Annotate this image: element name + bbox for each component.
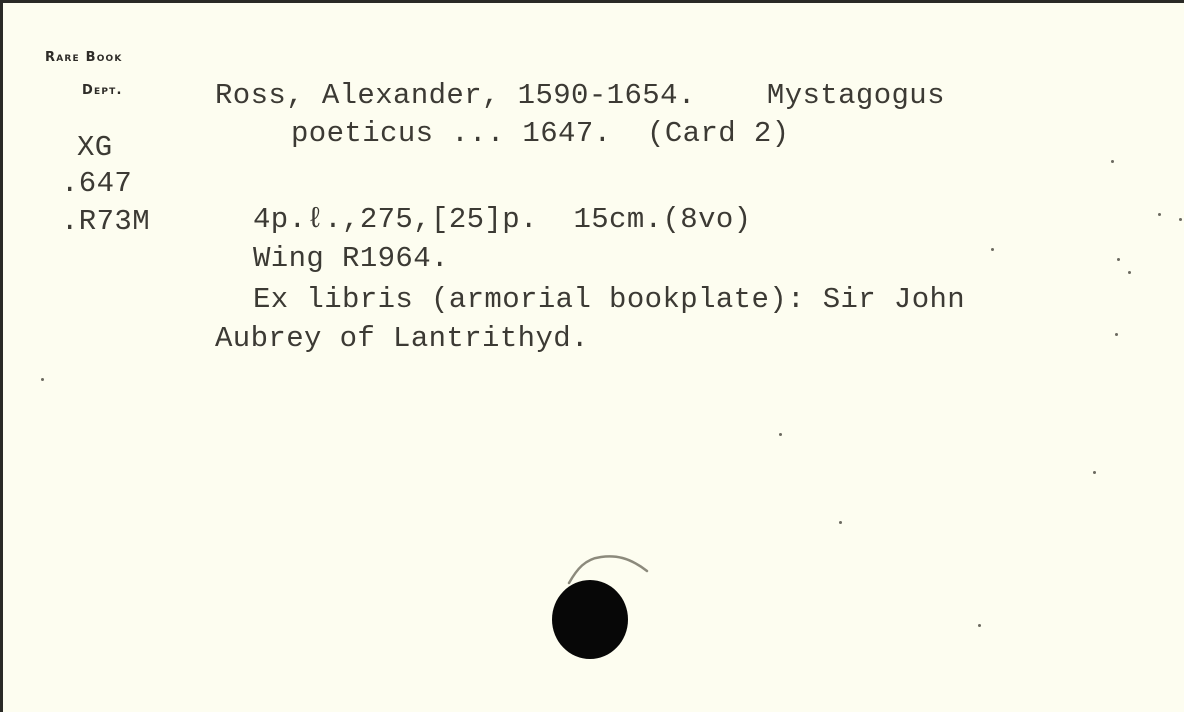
paper-speck	[978, 624, 981, 627]
paper-speck	[779, 433, 782, 436]
paper-speck	[1093, 471, 1096, 474]
note-ex-libris-continuation: Aubrey of Lantrithyd.	[215, 324, 589, 353]
location-stamp-text: Rare Book	[45, 50, 123, 65]
call-number-line-3: .R73M	[61, 207, 150, 236]
paper-speck	[41, 378, 44, 381]
paper-speck	[1117, 258, 1120, 261]
paper-speck	[1111, 160, 1114, 163]
paper-speck	[1128, 271, 1131, 274]
heading-line-2: poeticus ... 1647. (Card 2)	[291, 119, 789, 148]
location-stamp-line2: Dept.	[82, 84, 123, 97]
paper-speck	[839, 521, 842, 524]
location-stamp-text: Dept.	[82, 83, 123, 98]
location-stamp-line1: Rare Book	[45, 51, 123, 64]
call-number-line-2: .647	[61, 169, 132, 198]
paper-speck	[1115, 333, 1118, 336]
paper-speck	[1158, 213, 1161, 216]
catalog-card: Rare Book Dept. XG .647 .R73M Ross, Alex…	[0, 0, 1184, 712]
note-ex-libris: Ex libris (armorial bookplate): Sir John	[253, 285, 965, 314]
collation: 4p.ℓ.,275,[25]p. 15cm.(8vo)	[253, 205, 751, 234]
heading-line-1: Ross, Alexander, 1590-1654. Mystagogus	[215, 81, 945, 110]
paper-speck	[1179, 218, 1182, 221]
paper-speck	[991, 248, 994, 251]
punch-hole	[552, 580, 628, 659]
note-wing: Wing R1964.	[253, 244, 449, 273]
call-number-line-1: XG	[77, 133, 113, 162]
